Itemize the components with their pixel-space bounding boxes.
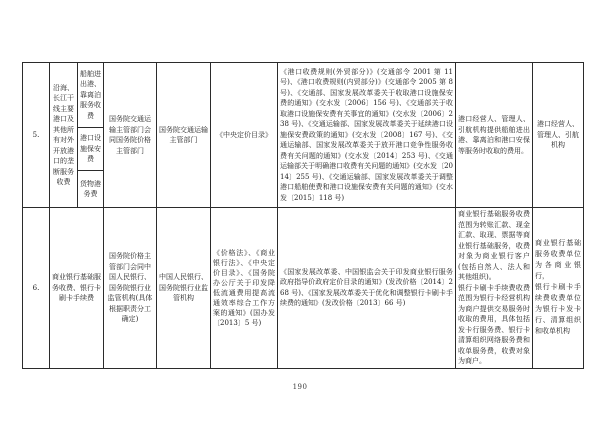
cell-sub-item: 货物港务费 [78,171,104,208]
cell-legal-basis: 《港口收费规则(外贸部分)》(交通部令 2001 第 11 号)、《港口收费规则… [278,63,456,208]
charging-unit-paragraph: 银行卡刷卡手续费收费单位为银行卡发卡行、清算组织和收单机构 [535,282,581,337]
cell-legal-basis: 《国家发展改革委、中国银监会关于印发商业银行服务政府指导价政府定价目录的通知》(… [278,208,456,369]
charging-unit-paragraph: 商业银行基础服务收费单位为各商业银行， [535,238,581,282]
page-number: 190 [0,383,600,391]
cell-pricing-authority: 国务院交通运输主管部门会同国务院价格主管部门 [104,63,157,208]
cell-executing-authority: 国务院交通运输主管部门 [157,63,211,208]
cell-charging-unit: 港口经营人、管理人、引航机构 [533,63,584,208]
cell-item-name: 商业银行基础服务收费、银行卡刷卡手续费 [50,208,104,369]
cell-executing-authority: 中国人民银行、国务院银行业监管机构 [157,208,211,369]
document-page: 5. 沿海、长江干线主要港口及其他所有对外开放港口的垄断服务收费 船舶进出港、靠… [0,0,600,424]
fee-scope-paragraph: 商业银行基础服务收费范围为转账汇款、现金汇款、取现、票据等商业银行基础服务，收费… [458,209,530,283]
cell-fee-scope: 商业银行基础服务收费范围为转账汇款、现金汇款、取现、票据等商业银行基础服务，收费… [456,208,533,369]
cell-catalog-basis: 《价格法》、《商业银行法》、《中央定价目录》、《国务院办公厅关于印发降低流通费用… [211,208,278,369]
cell-sub-item: 港口设施保安费 [78,128,104,171]
fee-scope-paragraph: 银行卡刷卡手续费收费范围为银行卡经营机构为商户提供交易服务时收取的费用，具体包括… [458,283,530,367]
table-row: 6. 商业银行基础服务收费、银行卡刷卡手续费 国务院价格主管部门会同中国人民银行… [23,208,584,369]
cell-charging-unit: 商业银行基础服务收费单位为各商业银行， 银行卡刷卡手续费收费单位为银行卡发卡行、… [533,208,584,369]
cell-catalog-basis: 《中央定价目录》 [211,63,278,208]
pricing-catalog-table: 5. 沿海、长江干线主要港口及其他所有对外开放港口的垄断服务收费 船舶进出港、靠… [22,62,584,369]
cell-row-index: 6. [23,208,50,369]
table-row: 5. 沿海、长江干线主要港口及其他所有对外开放港口的垄断服务收费 船舶进出港、靠… [23,63,584,128]
cell-row-index: 5. [23,63,50,208]
cell-sub-item: 船舶进出港、靠离泊服务收费 [78,63,104,128]
cell-pricing-authority: 国务院价格主管部门会同中国人民银行、国务院银行业监管机构(具体根据职责分工确定) [104,208,157,369]
cell-item-name: 沿海、长江干线主要港口及其他所有对外开放港口的垄断服务收费 [50,63,78,208]
cell-fee-scope: 港口经营人、管理人、引航机构提供船舶进出港、靠离泊和港口安保等服务时收取的费用。 [456,63,533,208]
